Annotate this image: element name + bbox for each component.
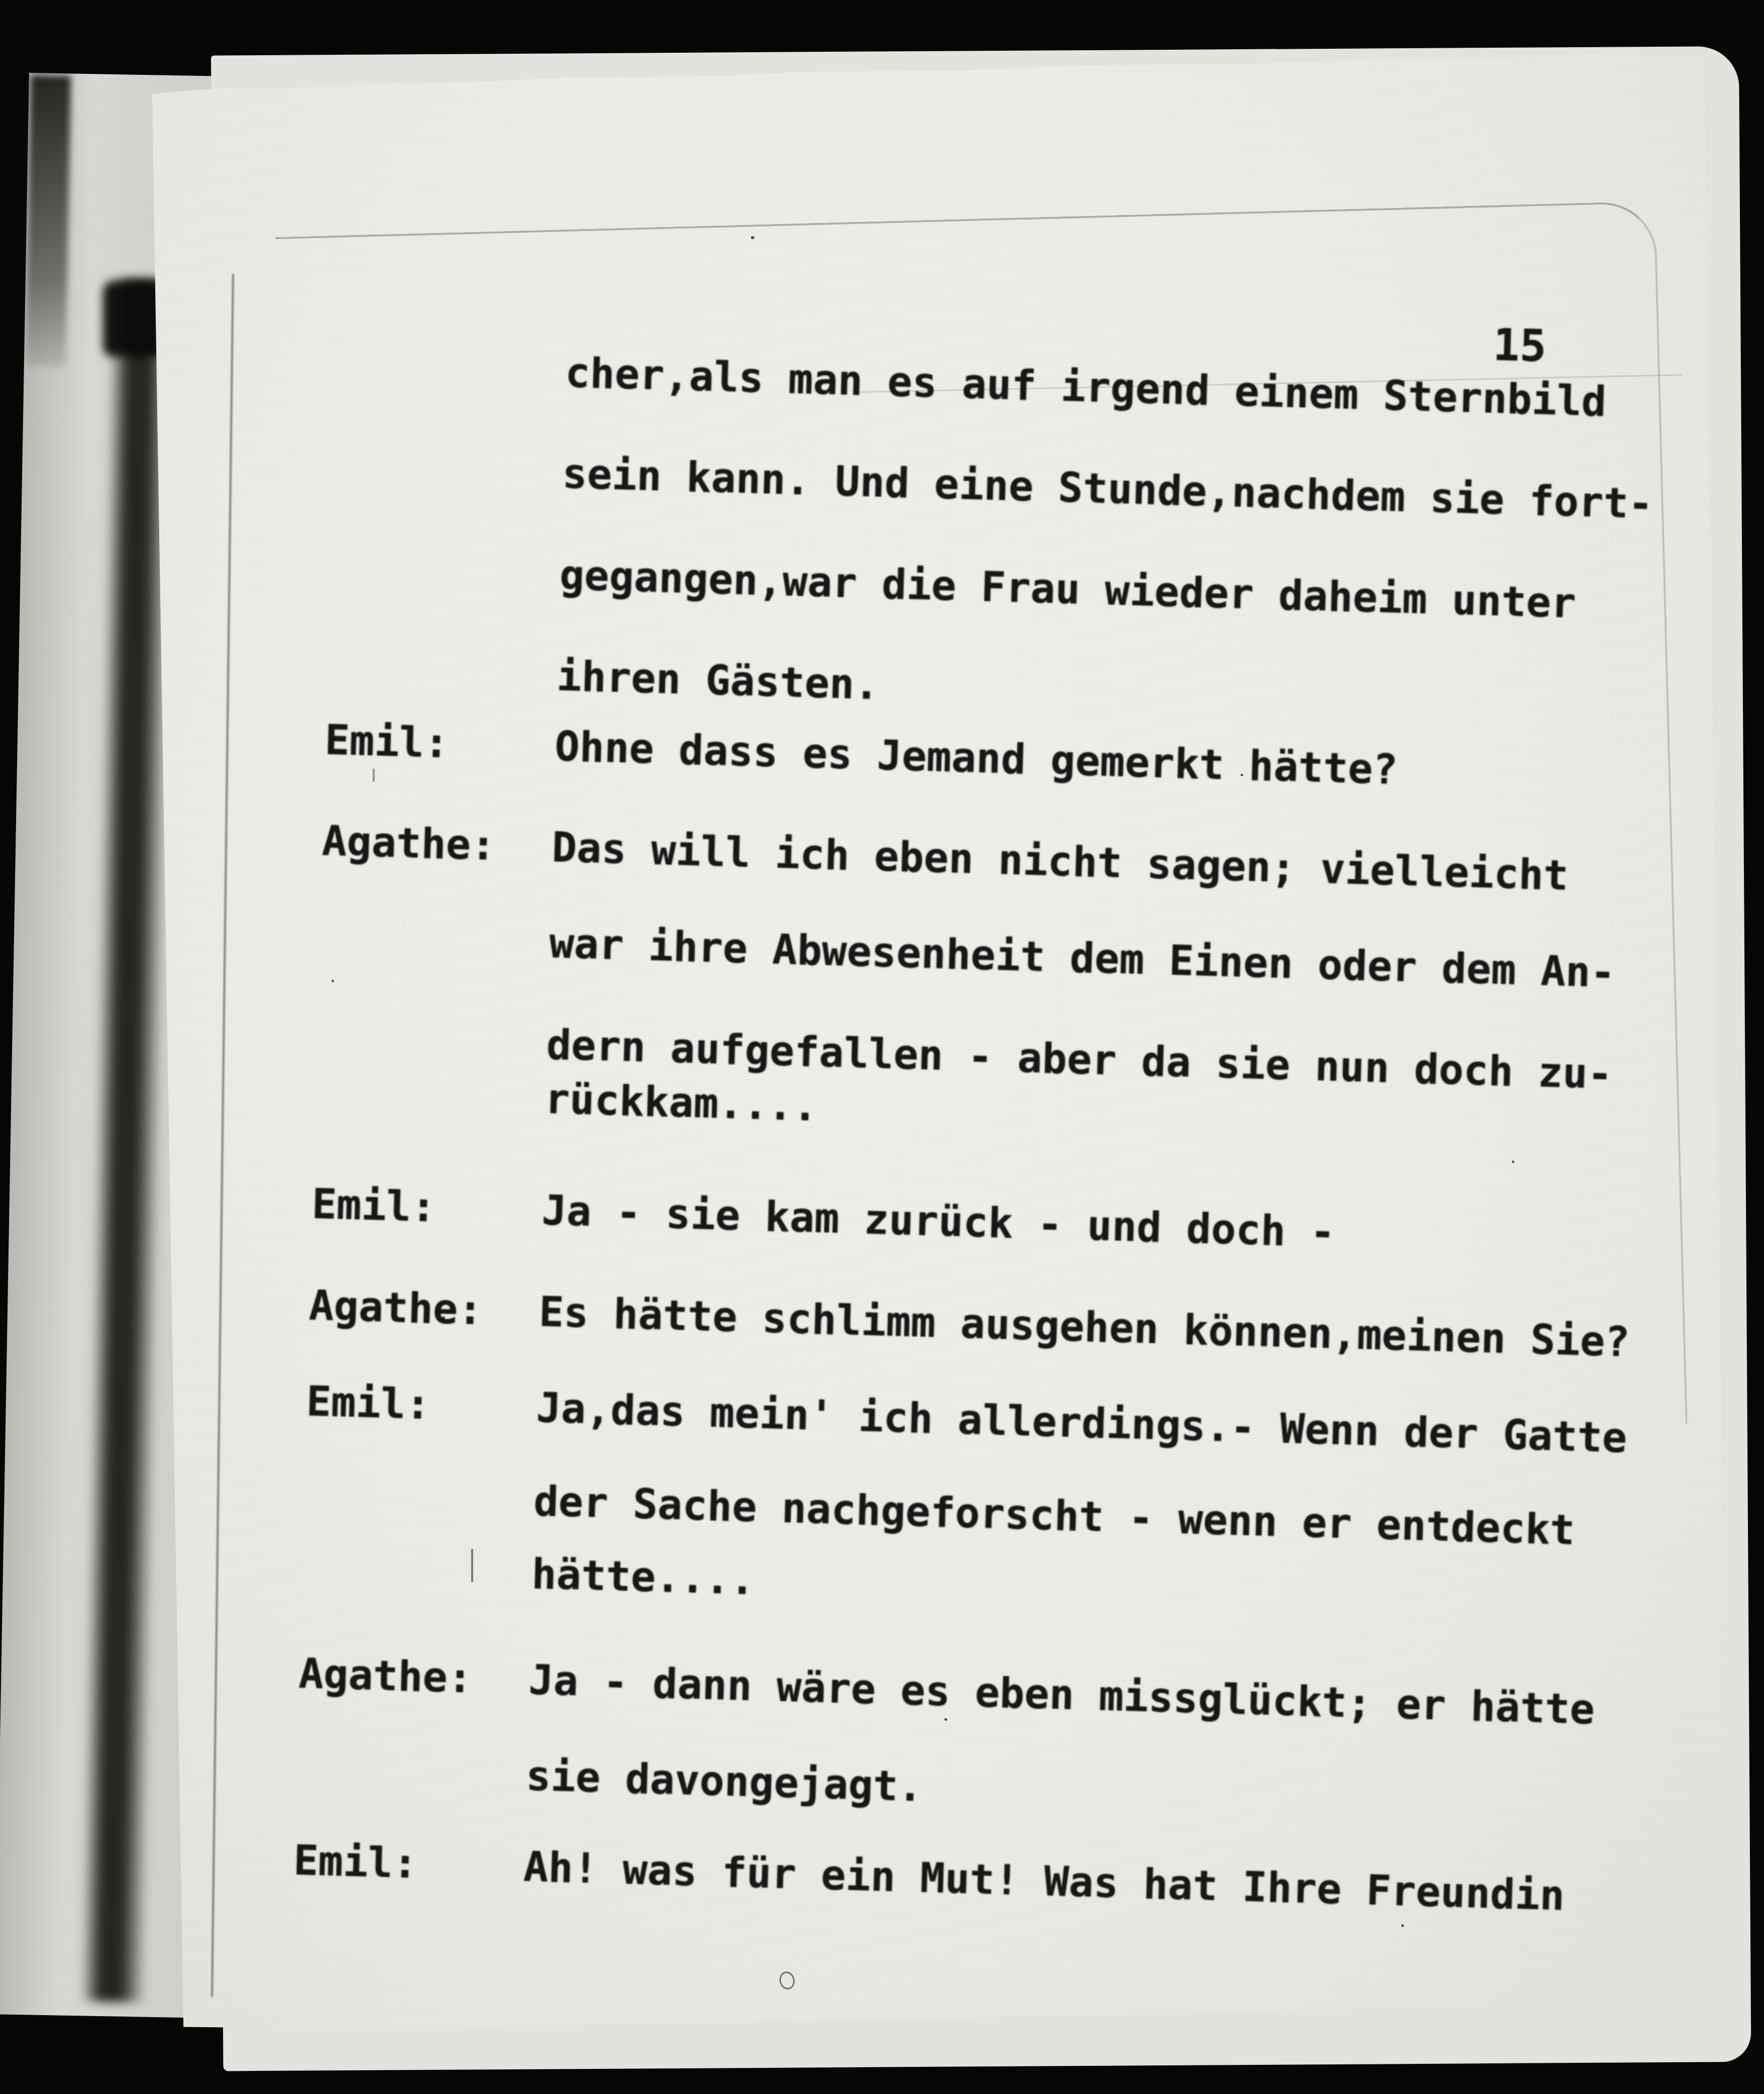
dialogue-text: ihren Gästen. [556,656,879,706]
paper-speck [1512,1161,1514,1163]
script-line: Emil: Ohne dass es Jemand gemerkt hätte? [324,720,1398,791]
dialogue-text: war ihre Abwesenheit dem Einen oder dem … [548,923,1615,994]
dialogue-text: hätte.... [531,1554,755,1601]
speaker-label [316,1018,547,1066]
script-line: ihren Gästen. [326,650,880,706]
page-number: 15 [1492,323,1547,368]
dialogue-text: rückkam.... [544,1079,818,1127]
dialogue-text: Ja,das mein' ich allerdings.- Wenn der G… [536,1388,1628,1459]
script-line: Emil: Ah! was für ein Mut! Was hat Ihre … [293,1840,1565,1917]
script-line: der Sache nachgeforscht - wenn er entdec… [303,1475,1576,1551]
paper-speck [751,236,754,239]
dialogue-text: sein kann. Und eine Stunde,nachdem sie f… [562,454,1654,526]
script-line: cher,als man es auf irgend einem Sternbi… [335,346,1607,423]
dialogue-text: Das will ich eben nicht sagen; vielleich… [552,827,1569,896]
speaker-label: Emil: [324,720,556,768]
typewritten-text-layer: 15 cher,als man es auf irgend einem Ster… [289,286,1723,2058]
speaker-label [301,1547,532,1595]
speaker-label: Emil: [306,1381,537,1429]
script-line: war ihre Abwesenheit dem Einen oder dem … [319,917,1616,994]
script-line: hätte.... [301,1547,755,1601]
dialogue-text: Ah! was für ein Mut! Was hat Ihre Freund… [523,1847,1565,1917]
dialogue-text: der Sache nachgeforscht - wenn er entdec… [533,1481,1575,1551]
speaker-label [332,447,563,495]
speaker-label: Emil: [293,1840,524,1888]
stray-mark [471,1549,473,1582]
dialogue-text: cher,als man es auf irgend einem Sternbi… [565,353,1607,423]
speaker-label [295,1749,526,1797]
dialogue-text: Ohne dass es Jemand gemerkt hätte? [554,726,1398,791]
speaker-label [319,917,550,965]
script-line: Agathe: Es hätte schlimm ausgehen können… [308,1285,1630,1363]
speaker-label: Agathe: [321,821,553,869]
paper-speck [944,1718,947,1721]
script-line: rückkam.... [314,1072,818,1127]
script-line: sie davongejagt. [295,1749,923,1808]
script-line: Agathe: Das will ich eben nicht sagen; v… [321,821,1569,897]
dialogue-text: sie davongejagt. [525,1756,923,1808]
script-line: Emil: Ja - sie kam zurück - und doch - [311,1184,1336,1253]
script-line: gegangen,war die Frau wieder daheim unte… [329,549,1576,624]
script-line: sein kann. Und eine Stunde,nachdem sie f… [332,447,1653,525]
stray-mark [373,769,375,782]
speaker-label [329,549,560,596]
paper-speck [442,1316,445,1320]
speaker-label: Emil: [311,1184,542,1231]
left-edge-shadow [26,75,71,367]
script-line: Emil: Ja,das mein' ich allerdings.- Wenn… [306,1381,1627,1459]
paper-speck [332,980,334,982]
paper-speck [608,482,611,485]
speaker-label [314,1072,545,1120]
speaker-label: Agathe: [298,1653,529,1701]
dialogue-text: Es hätte schlimm ausgehen können,meinen … [538,1292,1630,1364]
speaker-label [303,1475,534,1522]
dialogue-text: Ja - dann wäre es eben missglückt; er hä… [528,1660,1595,1731]
paper-speck [1401,1924,1404,1927]
dialogue-text: Ja - sie kam zurück - und doch - [541,1190,1336,1253]
speaker-label: Agathe: [308,1285,539,1333]
speaker-label [335,346,566,394]
speaker-label [326,650,558,697]
scanned-document: 15 cher,als man es auf irgend einem Ster… [0,0,1764,2094]
dialogue-text: gegangen,war die Frau wieder daheim unte… [559,555,1577,624]
paper-speck [1241,774,1243,776]
